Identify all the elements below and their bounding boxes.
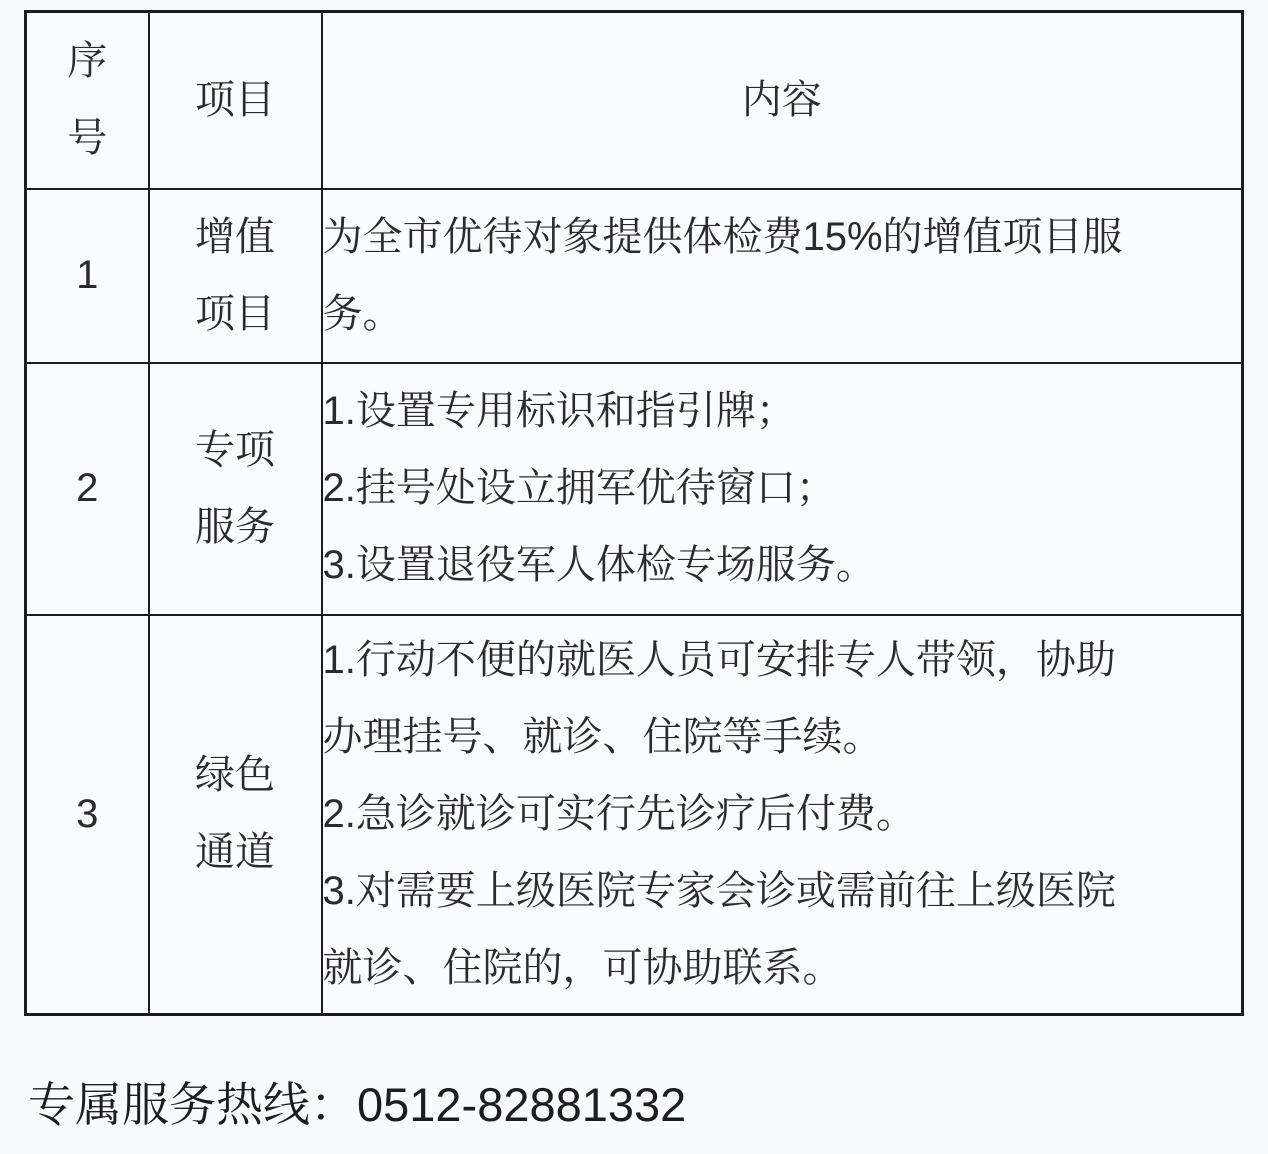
content-line: 2.挂号处设立拥军优待窗口；: [323, 450, 1151, 527]
row2-no-cell: 2: [26, 363, 149, 615]
header-content-label: 内容: [742, 78, 822, 122]
header-project-label: 项目: [195, 78, 275, 122]
row1-project: 增值项目: [193, 199, 277, 353]
row2-project: 专项服务: [193, 412, 277, 566]
row3-content-cell: 1.行动不便的就医人员可安排专人带领，协助办理挂号、就诊、住院等手续。 2.急诊…: [322, 615, 1243, 1015]
row1-project-cell: 增值项目: [149, 189, 322, 363]
services-table: 序号 项目 内容 1 增值项目 为全市优待对象提供体检费15%的增值项目服务。: [24, 10, 1244, 1016]
page: 序号 项目 内容 1 增值项目 为全市优待对象提供体检费15%的增值项目服务。: [0, 0, 1268, 1154]
table-row: 2 专项服务 1.设置专用标识和指引牌； 2.挂号处设立拥军优待窗口； 3.设置…: [26, 363, 1243, 615]
table-row: 3 绿色通道 1.行动不便的就医人员可安排专人带领，协助办理挂号、就诊、住院等手…: [26, 615, 1243, 1015]
content-line: 1.设置专用标识和指引牌；: [323, 373, 1151, 450]
row3-project-cell: 绿色通道: [149, 615, 322, 1015]
header-no-label: 序号: [65, 23, 109, 177]
row3-project: 绿色通道: [193, 737, 277, 891]
content-line: 3.对需要上级医院专家会诊或需前往上级医院就诊、住院的，可协助联系。: [323, 853, 1151, 1007]
header-cell-content: 内容: [322, 12, 1243, 189]
content-line: 2.急诊就诊可实行先诊疗后付费。: [323, 776, 1151, 853]
row3-no-cell: 3: [26, 615, 149, 1015]
header-cell-no: 序号: [26, 12, 149, 189]
row3-no: 3: [76, 792, 98, 836]
content-line: 3.设置退役军人体检专场服务。: [323, 527, 1151, 604]
row1-content-cell: 为全市优待对象提供体检费15%的增值项目服务。: [322, 189, 1243, 363]
row2-no: 2: [76, 466, 98, 510]
hotline-line: 专属服务热线：0512-82881332: [28, 1066, 686, 1143]
hotline-number: 0512-82881332: [357, 1078, 686, 1131]
content-line: 1.行动不便的就医人员可安排专人带领，协助办理挂号、就诊、住院等手续。: [323, 622, 1151, 776]
content-line: 为全市优待对象提供体检费15%的增值项目服务。: [323, 199, 1151, 353]
table-header-row: 序号 项目 内容: [26, 12, 1243, 189]
row1-no: 1: [76, 253, 98, 297]
hotline-label: 专属服务热线：: [28, 1078, 357, 1131]
header-cell-project: 项目: [149, 12, 322, 189]
row2-project-cell: 专项服务: [149, 363, 322, 615]
row3-content: 1.行动不便的就医人员可安排专人带领，协助办理挂号、就诊、住院等手续。 2.急诊…: [323, 622, 1151, 1007]
row1-no-cell: 1: [26, 189, 149, 363]
row2-content: 1.设置专用标识和指引牌； 2.挂号处设立拥军优待窗口； 3.设置退役军人体检专…: [323, 373, 1151, 604]
table-row: 1 增值项目 为全市优待对象提供体检费15%的增值项目服务。: [26, 189, 1243, 363]
row2-content-cell: 1.设置专用标识和指引牌； 2.挂号处设立拥军优待窗口； 3.设置退役军人体检专…: [322, 363, 1243, 615]
row1-content: 为全市优待对象提供体检费15%的增值项目服务。: [323, 199, 1151, 353]
